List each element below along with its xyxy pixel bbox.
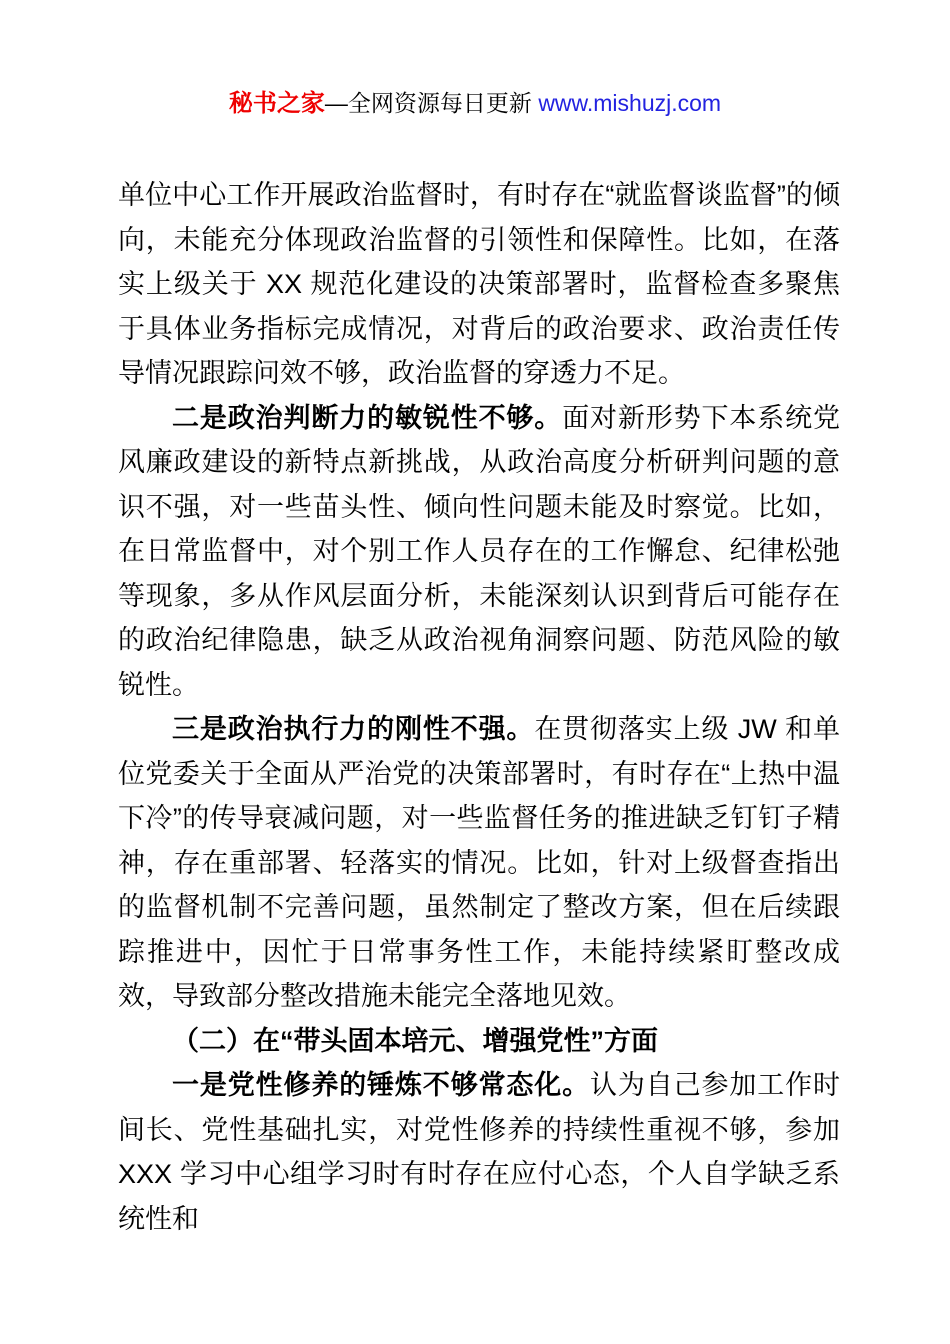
document-body: 单位中心工作开展政治监督时，有时存在“就监督谈监督”的倾向，未能充分体现政治监督… [118,173,840,1241]
document-page: 秘书之家—全网资源每日更新 www.mishuzj.com 单位中心工作开展政治… [0,0,950,1344]
paragraph: 三是政治执行力的刚性不强。在贯彻落实上级 JW 和单位党委关于全面从严治党的决策… [118,707,840,1019]
paragraph-lead: 一是党性修养的锤炼不够常态化。 [172,1070,590,1100]
section-heading: （二）在“带头固本培元、增强党性”方面 [118,1019,840,1064]
site-url: www.mishuzj.com [538,90,721,116]
header-tagline: —全网资源每日更新 [325,90,538,116]
paragraph-lead: 三是政治执行力的刚性不强。 [172,714,534,744]
paragraph: 一是党性修养的锤炼不够常态化。认为自己参加工作时间长、党性基础扎实，对党性修养的… [118,1063,840,1241]
paragraph: 单位中心工作开展政治监督时，有时存在“就监督谈监督”的倾向，未能充分体现政治监督… [118,173,840,396]
paragraph-lead: 二是政治判断力的敏锐性不够。 [172,403,562,433]
page-header: 秘书之家—全网资源每日更新 www.mishuzj.com [0,88,950,119]
paragraph: 二是政治判断力的敏锐性不够。面对新形势下本系统党风廉政建设的新特点新挑战，从政治… [118,396,840,708]
site-name: 秘书之家 [229,90,325,117]
